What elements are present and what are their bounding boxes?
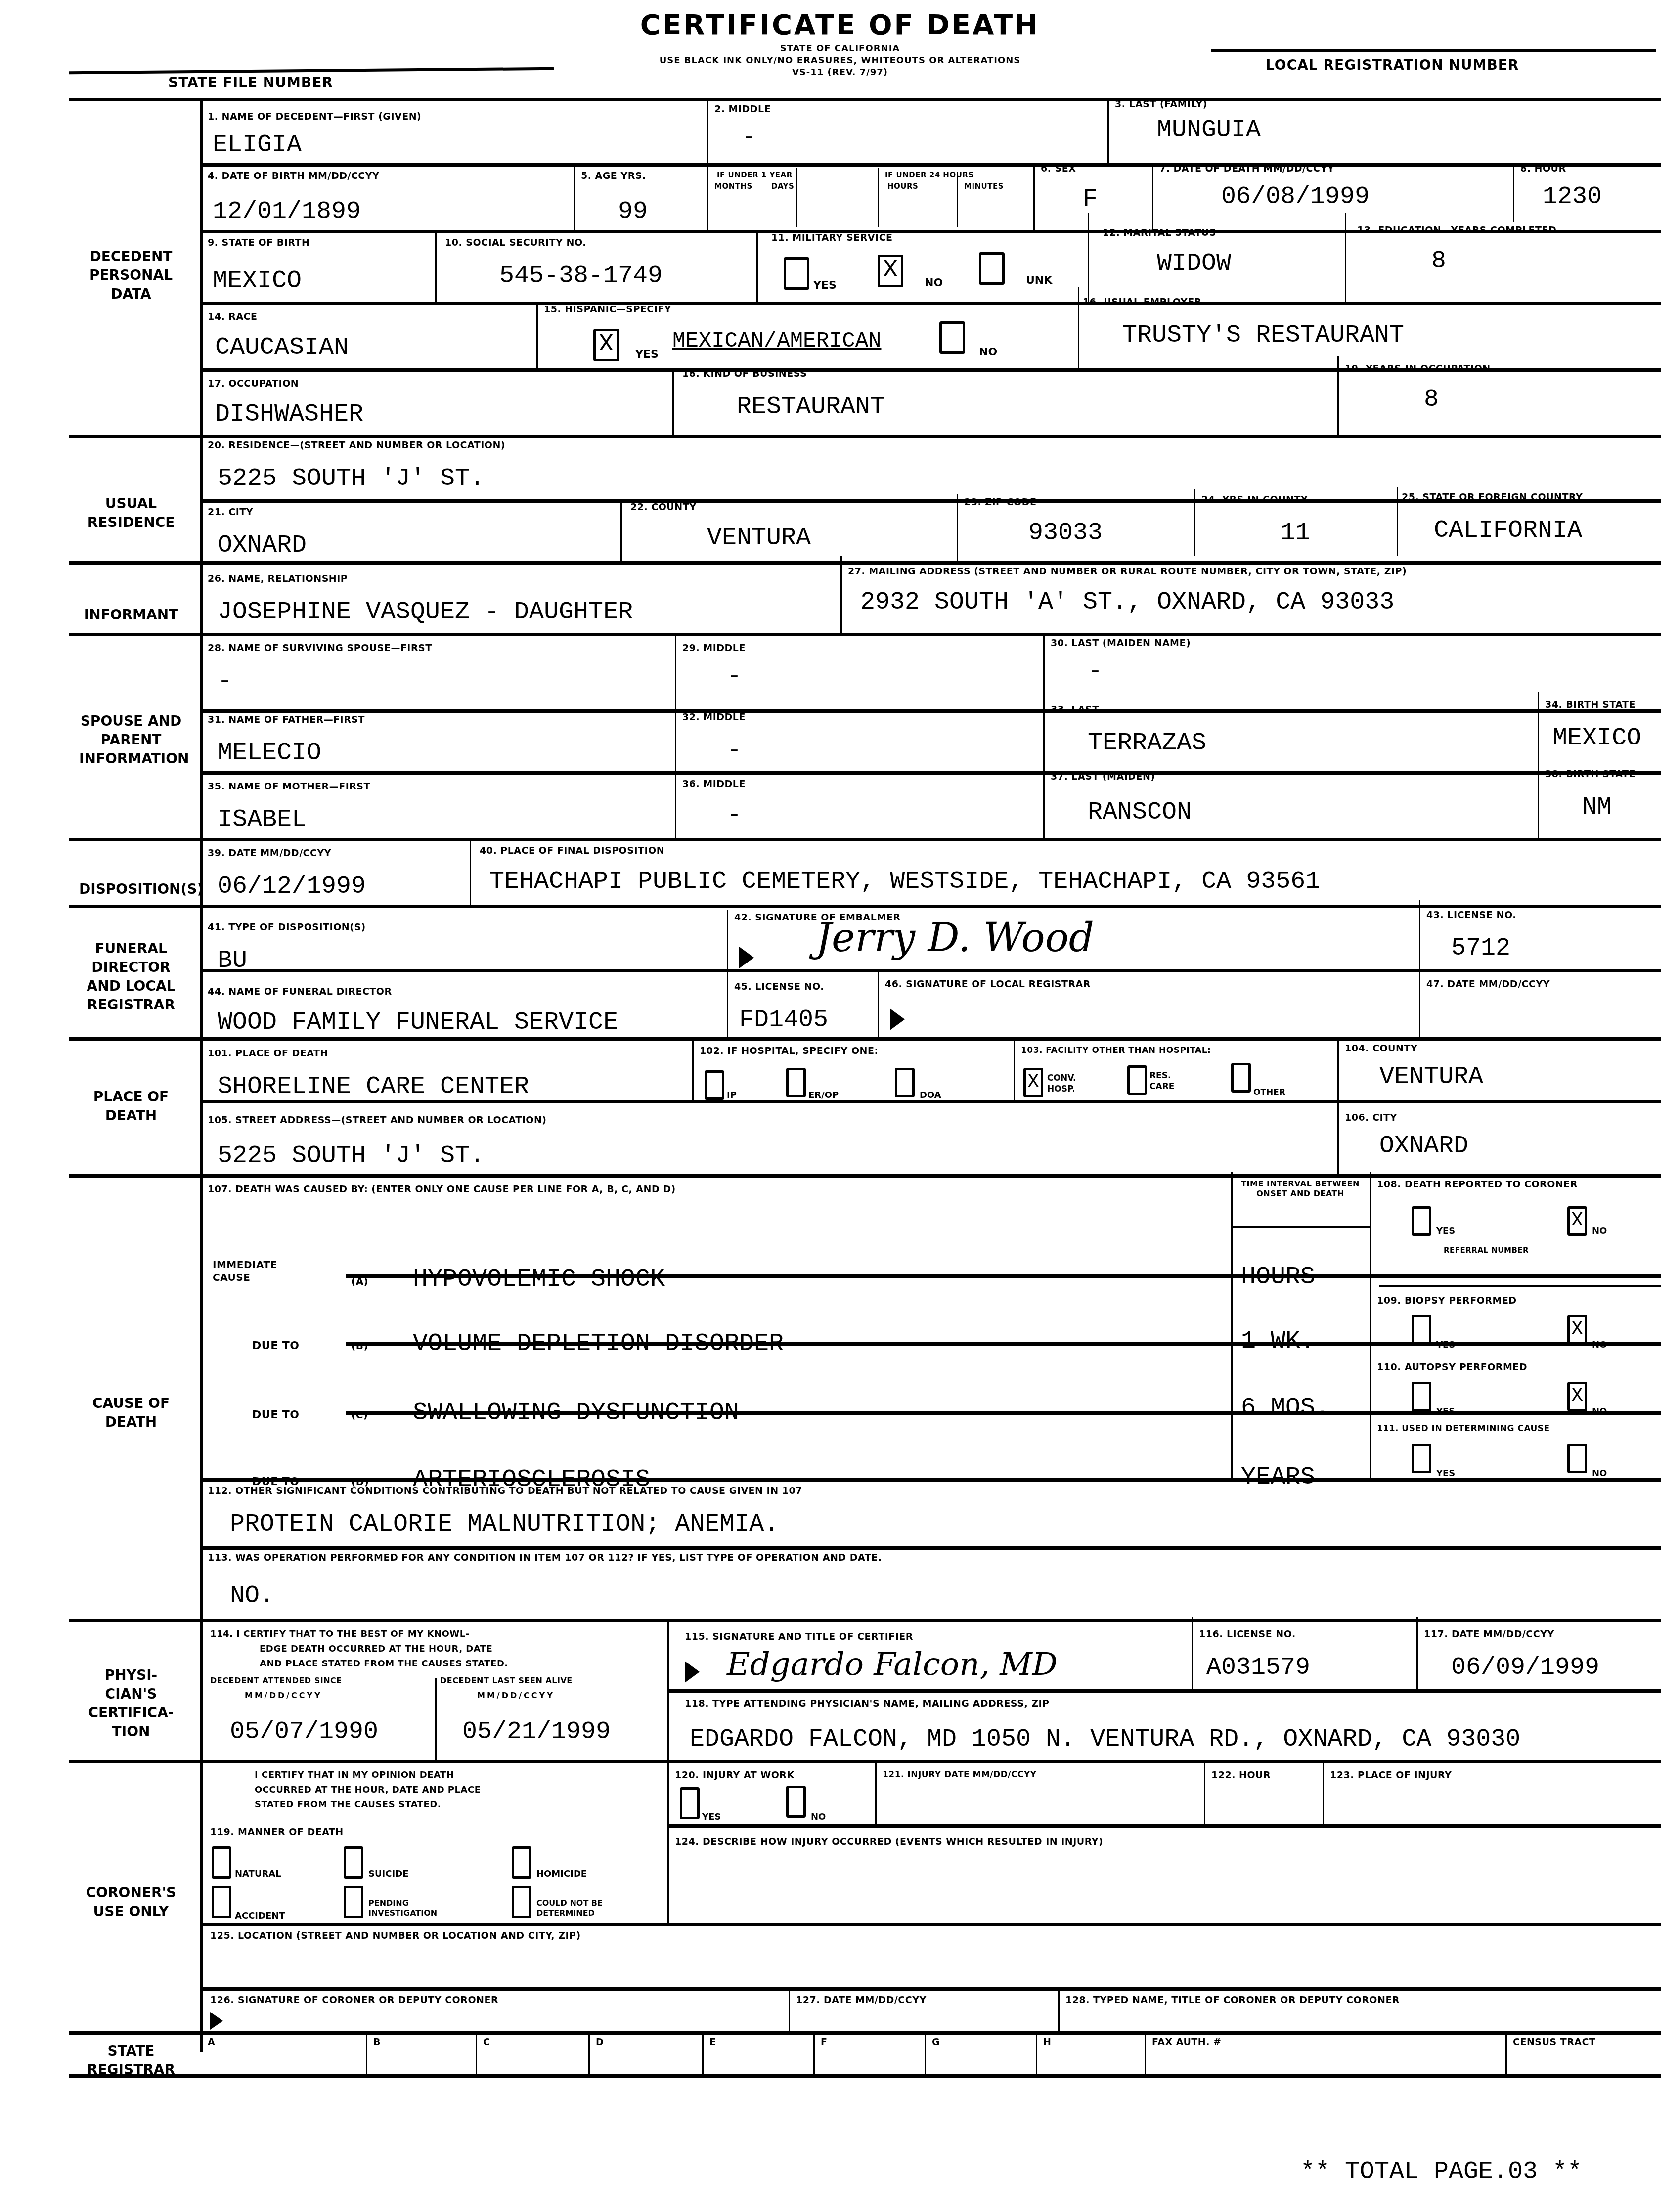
death-city[interactable]: OXNARD [1379,1132,1468,1160]
field-126-label: 126. SIGNATURE OF CORONER OR DEPUTY CORO… [210,1995,498,2006]
field-101-label: 101. PLACE OF DEATH [208,1048,328,1059]
field-108-label: 108. DEATH REPORTED TO CORONER [1377,1179,1659,1190]
autopsy-yes-label: YES [1436,1406,1455,1417]
place-of-final-disposition[interactable]: TEHACHAPI PUBLIC CEMETERY, WESTSIDE, TEH… [489,868,1320,896]
divider [957,175,958,227]
field-15-label: 15. HISPANIC—SPECIFY [544,304,671,315]
years-in-county[interactable]: 11 [1281,519,1310,547]
field-35-label: 35. NAME OF MOTHER—FIRST [208,781,370,792]
divider [878,971,879,1038]
field-12-label: 12. MARITAL STATUS [1103,227,1216,238]
field-29-label: 29. MIDDLE [682,643,746,654]
field-118-label: 118. TYPE ATTENDING PHYSICIAN'S NAME, MA… [685,1698,1050,1709]
certify-line-3: AND PLACE STATED FROM THE CAUSES STATED. [260,1659,508,1669]
facility-res-care-label: RES. CARE [1149,1070,1189,1092]
field-18-label: 18. KIND OF BUSINESS [682,368,807,379]
divider [69,1174,1661,1178]
manner-pending-label: PENDING INVESTIGATION [368,1898,438,1918]
divider [69,1760,1661,1763]
mother-last-name[interactable]: RANSCON [1088,798,1192,827]
biopsy-yes-checkbox[interactable] [1412,1315,1431,1345]
manner-suicide-label: SUICIDE [368,1869,408,1879]
field-105-label: 105. STREET ADDRESS—(STREET AND NUMBER O… [208,1115,547,1126]
hospital-doa-label: DOA [920,1090,941,1100]
divider [69,561,1661,565]
census-tract-label: CENSUS TRACT [1513,2037,1661,2048]
mother-birth-state[interactable]: NM [1582,793,1612,822]
divider [1538,692,1539,838]
divider [925,2034,926,2076]
divider [200,709,1661,713]
divider [1323,1760,1324,1824]
injury-at-work-no-checkbox[interactable] [786,1786,806,1818]
funeral-director-name[interactable]: WOOD FAMILY FUNERAL SERVICE [218,1008,618,1037]
decedent-middle-name[interactable]: - [742,124,756,152]
military-yes-checkbox[interactable] [784,257,809,290]
cause-a-letter: (A) [351,1275,368,1287]
fax-auth-label: FAX AUTH. # [1152,2037,1221,2048]
race[interactable]: CAUCASIAN [215,334,349,362]
state-file-number-label: STATE FILE NUMBER [168,74,333,90]
field-31-label: 31. NAME OF FATHER—FIRST [208,714,365,725]
facility-res-care-checkbox[interactable] [1127,1065,1147,1095]
field-117-label: 117. DATE MM/DD/CCYY [1424,1629,1659,1640]
sex[interactable]: F [1083,185,1098,214]
divider [200,969,1661,972]
field-104-label: 104. COUNTY [1345,1043,1417,1054]
section-usual-residence: USUAL RESIDENCE [79,494,183,532]
field-8-label: 8. HOUR [1520,163,1566,174]
divider [1204,1760,1205,1824]
coroner-reported-no-label: NO [1592,1226,1607,1236]
injury-at-work-yes-label: YES [702,1812,721,1822]
field-106-label: 106. CITY [1345,1112,1397,1123]
field-6-label: 6. SEX [1041,163,1076,174]
death-street-address[interactable]: 5225 SOUTH 'J' ST. [218,1142,485,1170]
divider [470,840,471,905]
divider [672,371,674,435]
military-yes-label: YES [813,279,837,292]
field-121-label: 121. INJURY DATE MM/DD/CCYY [883,1770,1037,1780]
coroner-reported-yes-checkbox[interactable] [1412,1206,1431,1236]
social-security-number[interactable]: 545-38-1749 [499,262,663,290]
field-17-label: 17. OCCUPATION [208,378,299,389]
manner-accident-label: ACCIDENT [235,1911,285,1921]
informant-mailing-address[interactable]: 2932 SOUTH 'A' ST., OXNARD, CA 93033 [860,588,1394,616]
facility-other-label: OTHER [1253,1088,1285,1097]
field-43-label: 43. LICENSE NO. [1426,910,1516,920]
months-label: MONTHS [714,182,752,191]
father-first-name[interactable]: MELECIO [218,739,321,767]
signature-arrow-icon [890,1008,905,1030]
field-120-label: 120. INJURY AT WORK [675,1770,795,1781]
certifier-signature[interactable]: Edgardo Falcon, MD [727,1646,1058,1683]
field-122-label: 122. HOUR [1211,1770,1271,1781]
autopsy-yes-checkbox[interactable] [1412,1382,1431,1411]
registrar-col-e: E [709,2037,716,2048]
cause-c[interactable]: SWALLOWING DYSFUNCTION [413,1399,739,1427]
coroner-reported-no-checkbox[interactable]: X [1567,1206,1587,1236]
divider [200,1923,1661,1926]
age-years[interactable]: 99 [618,198,648,226]
divider [69,2031,1661,2035]
divider [756,230,758,302]
hispanic-no-label: NO [979,346,997,358]
spouse-last-name[interactable]: - [1088,657,1103,686]
local-registration-number-label: LOCAL REGISTRATION NUMBER [1266,57,1519,73]
under-24-hours-label: IF UNDER 24 HOURS [885,171,974,179]
divider [1036,2034,1037,2076]
residence-state[interactable]: CALIFORNIA [1434,517,1582,545]
field-44-label: 44. NAME OF FUNERAL DIRECTOR [208,986,392,997]
total-page-footer: ** TOTAL PAGE.03 ** [1300,2158,1582,2186]
cause-b-letter: (B) [351,1340,368,1352]
coroner-certify-line-2: OCCURRED AT THE HOUR, DATE AND PLACE [255,1785,481,1795]
section-funeral: FUNERAL DIRECTOR AND LOCAL REGISTRAR [79,939,183,1014]
field-34-label: 34. BIRTH STATE [1545,700,1659,710]
referral-number-label: REFERRAL NUMBER [1444,1246,1529,1255]
attended-date-format: MM/DD/CCYY [245,1691,322,1700]
divider [200,1546,1661,1550]
divider [200,1987,1661,1991]
education-years[interactable]: 8 [1431,247,1446,275]
field-16-label: 16. USUAL EMPLOYER [1083,297,1202,307]
field-102-label: 102. IF HOSPITAL, SPECIFY ONE: [700,1046,879,1056]
field-33-label: 33. LAST [1051,704,1099,715]
divider [1370,1172,1371,1478]
field-11-label: 11. MILITARY SERVICE [771,232,893,243]
divider [366,2034,367,2076]
marital-status[interactable]: WIDOW [1157,250,1231,278]
field-37-label: 37. LAST (MAIDEN) [1051,771,1155,782]
divider [1152,163,1153,230]
facility-conv-hosp-checkbox[interactable]: X [1023,1068,1043,1097]
divider [1505,2034,1507,2076]
occupation[interactable]: DISHWASHER [215,400,363,429]
section-cause-of-death: CAUSE OF DEATH [79,1394,183,1432]
time-interval-label: TIME INTERVAL BETWEEN ONSET AND DEATH [1234,1179,1367,1199]
hospital-doa-checkbox[interactable] [895,1068,915,1097]
divider [1416,1617,1418,1691]
field-116-label: 116. LICENSE NO. [1199,1629,1296,1640]
mother-middle-name[interactable]: - [727,801,742,829]
type-of-disposition[interactable]: BU [218,947,247,975]
field-28-label: 28. NAME OF SURVIVING SPOUSE—FIRST [208,643,432,654]
divider [1513,163,1514,222]
divider [727,910,728,1038]
interval-d[interactable]: YEARS [1241,1463,1315,1491]
divider [1145,2034,1146,2076]
field-125-label: 125. LOCATION (STREET AND NUMBER OR LOCA… [210,1930,581,1941]
decedent-first-name[interactable]: ELIGIA [213,131,302,159]
military-no-label: NO [925,277,943,289]
field-27-label: 27. MAILING ADDRESS (STREET AND NUMBER O… [848,566,1659,577]
death-county[interactable]: VENTURA [1379,1063,1483,1091]
days-label: DAYS [771,182,794,191]
father-birth-state[interactable]: MEXICO [1552,724,1661,752]
embalmer-signature[interactable]: Jerry D. Wood [816,915,1094,961]
due-to-c-label: DUE TO [252,1409,300,1421]
used-in-cause-no-label: NO [1592,1468,1607,1479]
last-seen-date-format: MM/DD/CCYY [477,1691,555,1700]
registrar-col-d: D [596,2037,604,2048]
divider [536,304,538,368]
divider [875,1760,877,1824]
residence-zip[interactable]: 93033 [1028,519,1103,547]
cause-b[interactable]: VOLUME DEPLETION DISORDER [413,1330,784,1358]
form-border [200,99,203,2052]
field-111-label: 111. USED IN DETERMINING CAUSE [1377,1424,1659,1434]
field-110-label: 110. AUTOPSY PERFORMED [1377,1362,1527,1373]
field-5-label: 5. AGE YRS. [581,171,646,181]
disposition-date[interactable]: 06/12/1999 [218,873,366,901]
divider [957,494,958,561]
embalmer-license[interactable]: 5712 [1451,934,1510,963]
manner-undetermined-label: COULD NOT BE DETERMINED [536,1898,620,1918]
section-place-of-death: PLACE OF DEATH [79,1088,183,1125]
divider [69,838,1661,841]
divider [200,163,1661,167]
field-45-label: 45. LICENSE NO. [734,981,824,992]
coroner-certify-line-1: I CERTIFY THAT IN MY OPINION DEATH [255,1770,454,1780]
signature-arrow-icon [739,947,754,968]
father-last-name[interactable]: TERRAZAS [1088,729,1206,757]
field-115-label: 115. SIGNATURE AND TITLE OF CERTIFIER [685,1631,913,1642]
divider [620,502,622,561]
injury-at-work-yes-checkbox[interactable] [680,1787,700,1819]
divider [796,168,797,227]
father-middle-name[interactable]: - [727,737,742,765]
military-no-checkbox[interactable]: X [878,255,903,287]
divider [789,1987,790,2034]
military-unk-checkbox[interactable] [979,252,1005,285]
divider [1337,1038,1339,1177]
date-of-death[interactable]: 06/08/1999 [1221,183,1370,211]
signature-arrow-icon [210,2012,223,2030]
minutes-label: MINUTES [964,182,1004,191]
field-24-label: 24. YRS IN COUNTY [1201,494,1308,505]
residence-street[interactable]: 5225 SOUTH 'J' ST. [218,465,485,493]
field-113-label: 113. WAS OPERATION PERFORMED FOR ANY CON… [208,1552,882,1563]
divider [667,1824,1661,1828]
certification-date[interactable]: 06/09/1999 [1451,1654,1599,1682]
divider [840,556,842,635]
divider [200,771,1661,775]
state-of-birth[interactable]: MEXICO [213,267,302,295]
divider [813,2034,815,2076]
divider [1231,1172,1233,1478]
attended-since-date[interactable]: 05/07/1990 [230,1718,378,1746]
divider [1078,287,1079,368]
manner-suicide-checkbox[interactable] [344,1846,363,1879]
hospital-er-op-label: ER/OP [808,1090,839,1100]
divider [1397,487,1398,556]
divider [1211,49,1656,52]
hispanic-specify[interactable]: MEXICAN/AMERICAN [672,329,881,353]
field-13-label: 13. EDUCATION—YEARS COMPLETED [1357,225,1556,236]
cause-a[interactable]: HYPOVOLEMIC SHOCK [413,1266,665,1294]
kind-of-business[interactable]: RESTAURANT [737,393,885,421]
divider [435,232,437,302]
cause-c-letter: (C) [351,1409,368,1421]
last-seen-label: DECEDENT LAST SEEN ALIVE [440,1676,573,1685]
decedent-last-name[interactable]: MUNGUIA [1157,116,1261,144]
divider [69,1619,1661,1622]
interval-b[interactable]: 1 WK. [1241,1327,1315,1356]
registrar-col-b: B [373,2037,381,2048]
used-in-cause-yes-checkbox[interactable] [1412,1444,1431,1473]
field-7-label: 7. DATE OF DEATH MM/DD/CCYY [1159,163,1334,174]
divider [69,98,1661,101]
divider [702,2034,704,2076]
field-109-label: 109. BIOPSY PERFORMED [1377,1295,1517,1306]
certify-line-1: 114. I CERTIFY THAT TO THE BEST OF MY KN… [210,1629,470,1639]
certify-line-2: EDGE DEATH OCCURRED AT THE HOUR, DATE [260,1644,492,1654]
hour-of-death[interactable]: 1230 [1543,183,1602,211]
registrar-col-c: C [483,2037,490,2048]
due-to-b-label: DUE TO [252,1340,300,1352]
divider [69,905,1661,908]
residence-city[interactable]: OXNARD [218,531,307,560]
interval-c[interactable]: 6 MOS. [1241,1394,1330,1422]
divider [707,99,708,230]
section-spouse-parent: SPOUSE AND PARENT INFORMATION [79,712,183,768]
field-46-label: 46. SIGNATURE OF LOCAL REGISTRAR [885,979,1091,990]
field-21-label: 21. CITY [208,507,253,518]
divider [1345,213,1346,302]
divider [476,2034,477,2076]
under-1-year-label: IF UNDER 1 YEAR [717,171,793,179]
field-4-label: 4. DATE OF BIRTH MM/DD/CCYY [208,171,379,181]
funeral-director-license[interactable]: FD1405 [739,1006,828,1034]
field-26-label: 26. NAME, RELATIONSHIP [208,573,348,584]
field-20-label: 20. RESIDENCE—(STREET AND NUMBER OR LOCA… [208,440,505,451]
military-unk-label: UNK [1026,274,1052,287]
place-of-death[interactable]: SHORELINE CARE CENTER [218,1073,529,1101]
field-124-label: 124. DESCRIBE HOW INJURY OCCURRED (EVENT… [675,1837,1103,1847]
divider [675,635,676,840]
field-2-label: 2. MIDDLE [714,104,771,115]
coroner-certify-line-3: STATED FROM THE CAUSES STATED. [255,1799,441,1810]
divider [667,1689,1661,1693]
field-47-label: 47. DATE MM/DD/CCYY [1426,979,1659,990]
hispanic-yes-label: YES [635,349,659,361]
document-title: CERTIFICATE OF DEATH [0,9,1680,41]
hispanic-yes-checkbox[interactable]: X [593,329,619,361]
divider [692,1041,694,1102]
divider [1337,356,1339,435]
field-14-label: 14. RACE [208,311,258,322]
attended-since-label: DECEDENT ATTENDED SINCE [210,1676,342,1685]
hispanic-no-checkbox[interactable] [939,321,965,354]
divider [69,1037,1661,1041]
field-123-label: 123. PLACE OF INJURY [1330,1770,1452,1781]
field-9-label: 9. STATE OF BIRTH [208,237,309,248]
field-40-label: 40. PLACE OF FINAL DISPOSITION [480,845,664,856]
field-41-label: 41. TYPE OF DISPOSITION(S) [208,922,366,933]
section-decedent: DECEDENT PERSONAL DATA [79,247,183,304]
divider [435,1678,437,1760]
divider [1107,99,1109,163]
manner-undetermined-checkbox[interactable] [512,1886,531,1918]
divider [588,2034,590,2076]
divider [200,302,1661,305]
autopsy-no-label: NO [1592,1406,1607,1417]
hospital-er-op-checkbox[interactable] [786,1068,806,1097]
interval-a[interactable]: HOURS [1241,1263,1315,1291]
divider [1014,1038,1015,1100]
section-disposition: DISPOSITION(S) [79,880,183,899]
signature-arrow-icon [685,1661,700,1683]
divider [1033,163,1035,230]
field-32-label: 32. MIDDLE [682,712,746,723]
divider [1231,1226,1370,1228]
biopsy-no-checkbox[interactable]: X [1567,1315,1587,1345]
registrar-col-a: A [208,2037,215,2048]
facility-other-checkbox[interactable] [1231,1063,1251,1093]
mother-first-name[interactable]: ISABEL [218,806,307,834]
registrar-col-g: G [932,2037,940,2048]
field-22-label: 22. COUNTY [630,502,696,513]
immediate-cause-label: IMMEDIATE CAUSE [213,1258,277,1284]
facility-conv-hosp-label: CONV. HOSP. [1047,1073,1092,1094]
hospital-ip-checkbox[interactable] [705,1070,724,1100]
autopsy-no-checkbox[interactable]: X [1567,1382,1587,1411]
manner-accident-checkbox[interactable] [212,1886,231,1918]
spouse-first-name[interactable]: - [218,667,232,696]
divider [1194,489,1195,556]
used-in-cause-no-checkbox[interactable] [1567,1444,1587,1473]
field-119-label: 119. MANNER OF DEATH [210,1827,344,1838]
field-38-label: 38. BIRTH STATE [1545,769,1659,780]
field-3-label: 3. LAST (FAMILY) [1115,99,1207,110]
used-in-cause-yes-label: YES [1436,1468,1455,1479]
manner-pending-checkbox[interactable] [344,1886,363,1918]
biopsy-no-label: NO [1592,1340,1607,1350]
field-112-label: 112. OTHER SIGNIFICANT CONDITIONS CONTRI… [208,1486,802,1496]
attending-physician-info[interactable]: EDGARDO FALCON, MD 1050 N. VENTURA RD., … [690,1725,1659,1753]
informant-name-relationship[interactable]: JOSEPHINE VASQUEZ - DAUGHTER [218,598,633,626]
spouse-middle-name[interactable]: - [727,662,742,691]
registrar-col-f: F [821,2037,827,2048]
manner-homicide-checkbox[interactable] [512,1846,531,1879]
manner-natural-checkbox[interactable] [212,1846,231,1879]
residence-county[interactable]: VENTURA [707,524,811,552]
divider [69,435,1661,438]
divider [1043,635,1045,838]
hours-label: HOURS [887,182,918,191]
field-1-label: 1. NAME OF DECEDENT—FIRST (GIVEN) [208,111,421,122]
last-seen-date[interactable]: 05/21/1999 [462,1718,611,1746]
section-state-registrar: STATE REGISTRAR [79,2042,183,2079]
field-39-label: 39. DATE MM/DD/CCYY [208,848,331,859]
operation-performed[interactable]: NO. [230,1582,274,1610]
injury-at-work-no-label: NO [811,1812,826,1822]
field-36-label: 36. MIDDLE [682,779,746,789]
field-10-label: 10. SOCIAL SECURITY NO. [445,237,586,248]
years-in-occupation[interactable]: 8 [1424,386,1439,414]
coroner-reported-yes-label: YES [1436,1226,1455,1236]
divider [574,166,575,230]
usual-employer[interactable]: TRUSTY'S RESTAURANT [1122,321,1404,350]
field-107-label: 107. DEATH WAS CAUSED BY: (ENTER ONLY ON… [208,1184,676,1195]
field-30-label: 30. LAST (MAIDEN NAME) [1051,638,1191,649]
manner-natural-label: NATURAL [235,1869,281,1879]
certifier-license[interactable]: A031579 [1206,1654,1310,1682]
other-conditions[interactable]: PROTEIN CALORIE MALNUTRITION; ANEMIA. [230,1510,779,1538]
date-of-birth[interactable]: 12/01/1899 [213,198,361,226]
biopsy-yes-label: YES [1436,1340,1455,1350]
